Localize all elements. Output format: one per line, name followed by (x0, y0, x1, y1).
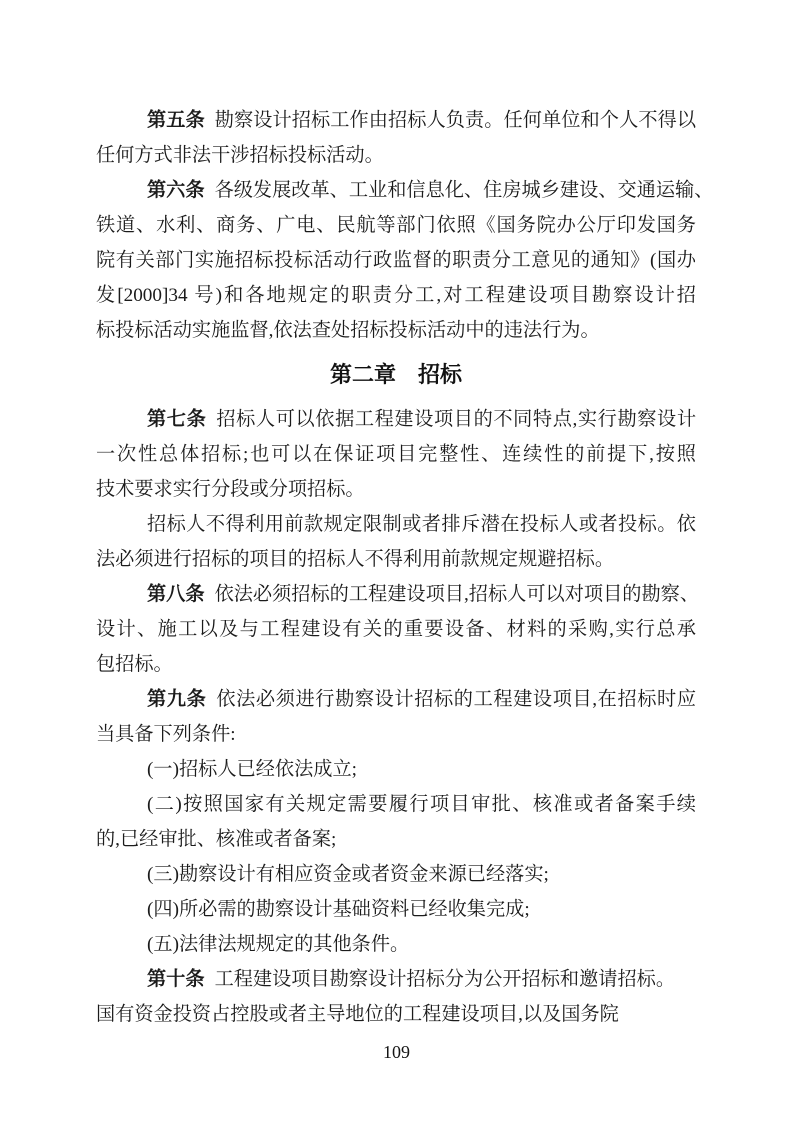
article-label: 第九条 (147, 689, 206, 710)
text-line: 第五条勘察设计招标工作由招标人负责。任何单位和个人不得以 (96, 103, 696, 138)
text-line: 发[2000]34 号)和各地规定的职责分工,对工程建设项目勘察设计招 (96, 278, 696, 313)
text-line: 的,已经审批、核准或者备案; (96, 822, 696, 857)
line-text: (四)所必需的勘察设计基础资料已经收集完成; (147, 899, 530, 920)
line-text: 依法必须招标的工程建设项目,招标人可以对项目的勘察、 (215, 584, 699, 605)
list-item: (五)法律法规规定的其他条件。 (96, 927, 696, 962)
line-text: 工程建设项目勘察设计招标分为公开招标和邀请招标。 (215, 969, 676, 990)
line-text: 包招标。 (96, 654, 173, 675)
text-line: 第九条依法必须进行勘察设计招标的工程建设项目,在招标时应 (96, 682, 696, 717)
text-line: 院有关部门实施招标投标活动行政监督的职责分工意见的通知》(国办 (96, 243, 696, 278)
line-text: (一)招标人已经依法成立; (147, 759, 357, 780)
line-text: 法必须进行招标的项目的招标人不得利用前款规定规避招标。 (96, 549, 614, 570)
line-text: 一次性总体招标;也可以在保证项目完整性、连续性的前提下,按照 (96, 444, 696, 465)
text-line: 技术要求实行分段或分项招标。 (96, 472, 696, 507)
document-page: 第五条勘察设计招标工作由招标人负责。任何单位和个人不得以 任何方式非法干涉招标投… (0, 0, 793, 1122)
text-line: 当具备下列条件: (96, 717, 696, 752)
text-line: 一次性总体招标;也可以在保证项目完整性、连续性的前提下,按照 (96, 437, 696, 472)
line-text: 发[2000]34 号)和各地规定的职责分工,对工程建设项目勘察设计招 (96, 285, 696, 306)
text-line: 第十条工程建设项目勘察设计招标分为公开招标和邀请招标。 (96, 962, 696, 997)
text-line: 第六条各级发展改革、工业和信息化、住房城乡建设、交通运输、 (96, 173, 696, 208)
line-text: 勘察设计招标工作由招标人负责。任何单位和个人不得以 (215, 110, 696, 131)
article-label: 第十条 (147, 969, 205, 990)
line-text: 招标人不得利用前款规定限制或者排斥潜在投标人或者投标。依 (147, 514, 696, 535)
line-text: 当具备下列条件: (96, 724, 236, 745)
line-text: 标投标活动实施监督,依法查处招标投标活动中的违法行为。 (96, 320, 600, 341)
line-text: 招标人可以依据工程建设项目的不同特点,实行勘察设计 (216, 409, 696, 430)
document-body: 第五条勘察设计招标工作由招标人负责。任何单位和个人不得以 任何方式非法干涉招标投… (96, 103, 696, 1032)
text-line: 第七条招标人可以依据工程建设项目的不同特点,实行勘察设计 (96, 402, 696, 437)
line-text: (五)法律法规规定的其他条件。 (147, 934, 409, 955)
line-text: (三)勘察设计有相应资金或者资金来源已经落实; (147, 864, 549, 885)
list-item: (三)勘察设计有相应资金或者资金来源已经落实; (96, 857, 696, 892)
text-line: 标投标活动实施监督,依法查处招标投标活动中的违法行为。 (96, 313, 696, 348)
line-text: 国有资金投资占控股或者主导地位的工程建设项目,以及国务院 (96, 1004, 619, 1025)
text-line: 任何方式非法干涉招标投标活动。 (96, 138, 696, 173)
line-text: 铁道、水利、商务、广电、民航等部门依照《国务院办公厅印发国务 (96, 215, 696, 236)
list-item: (四)所必需的勘察设计基础资料已经收集完成; (96, 892, 696, 927)
text-line: 国有资金投资占控股或者主导地位的工程建设项目,以及国务院 (96, 997, 696, 1032)
chapter-heading: 第二章 招标 (96, 357, 696, 392)
text-line: 招标人不得利用前款规定限制或者排斥潜在投标人或者投标。依 (96, 507, 696, 542)
page-number: 109 (0, 1040, 793, 1064)
text-line: 铁道、水利、商务、广电、民航等部门依照《国务院办公厅印发国务 (96, 208, 696, 243)
text-line: 设计、施工以及与工程建设有关的重要设备、材料的采购,实行总承 (96, 612, 696, 647)
list-item: (二)按照国家有关规定需要履行项目审批、核准或者备案手续 (96, 787, 696, 822)
list-item: (一)招标人已经依法成立; (96, 752, 696, 787)
article-label: 第五条 (147, 110, 205, 131)
article-label: 第六条 (147, 180, 205, 201)
line-text: 任何方式非法干涉招标投标活动。 (96, 145, 384, 166)
line-text: 依法必须进行勘察设计招标的工程建设项目,在招标时应 (216, 689, 696, 710)
line-text: 设计、施工以及与工程建设有关的重要设备、材料的采购,实行总承 (96, 619, 696, 640)
line-text: (二)按照国家有关规定需要履行项目审批、核准或者备案手续 (147, 794, 696, 815)
line-text: 的,已经审批、核准或者备案; (96, 829, 336, 850)
article-label: 第七条 (147, 409, 206, 430)
text-line: 包招标。 (96, 647, 696, 682)
line-text: 技术要求实行分段或分项招标。 (96, 479, 365, 500)
article-label: 第八条 (147, 584, 205, 605)
line-text: 院有关部门实施招标投标活动行政监督的职责分工意见的通知》(国办 (96, 250, 696, 271)
text-line: 第八条依法必须招标的工程建设项目,招标人可以对项目的勘察、 (96, 577, 696, 612)
text-line: 法必须进行招标的项目的招标人不得利用前款规定规避招标。 (96, 542, 696, 577)
line-text: 各级发展改革、工业和信息化、住房城乡建设、交通运输、 (215, 180, 714, 201)
